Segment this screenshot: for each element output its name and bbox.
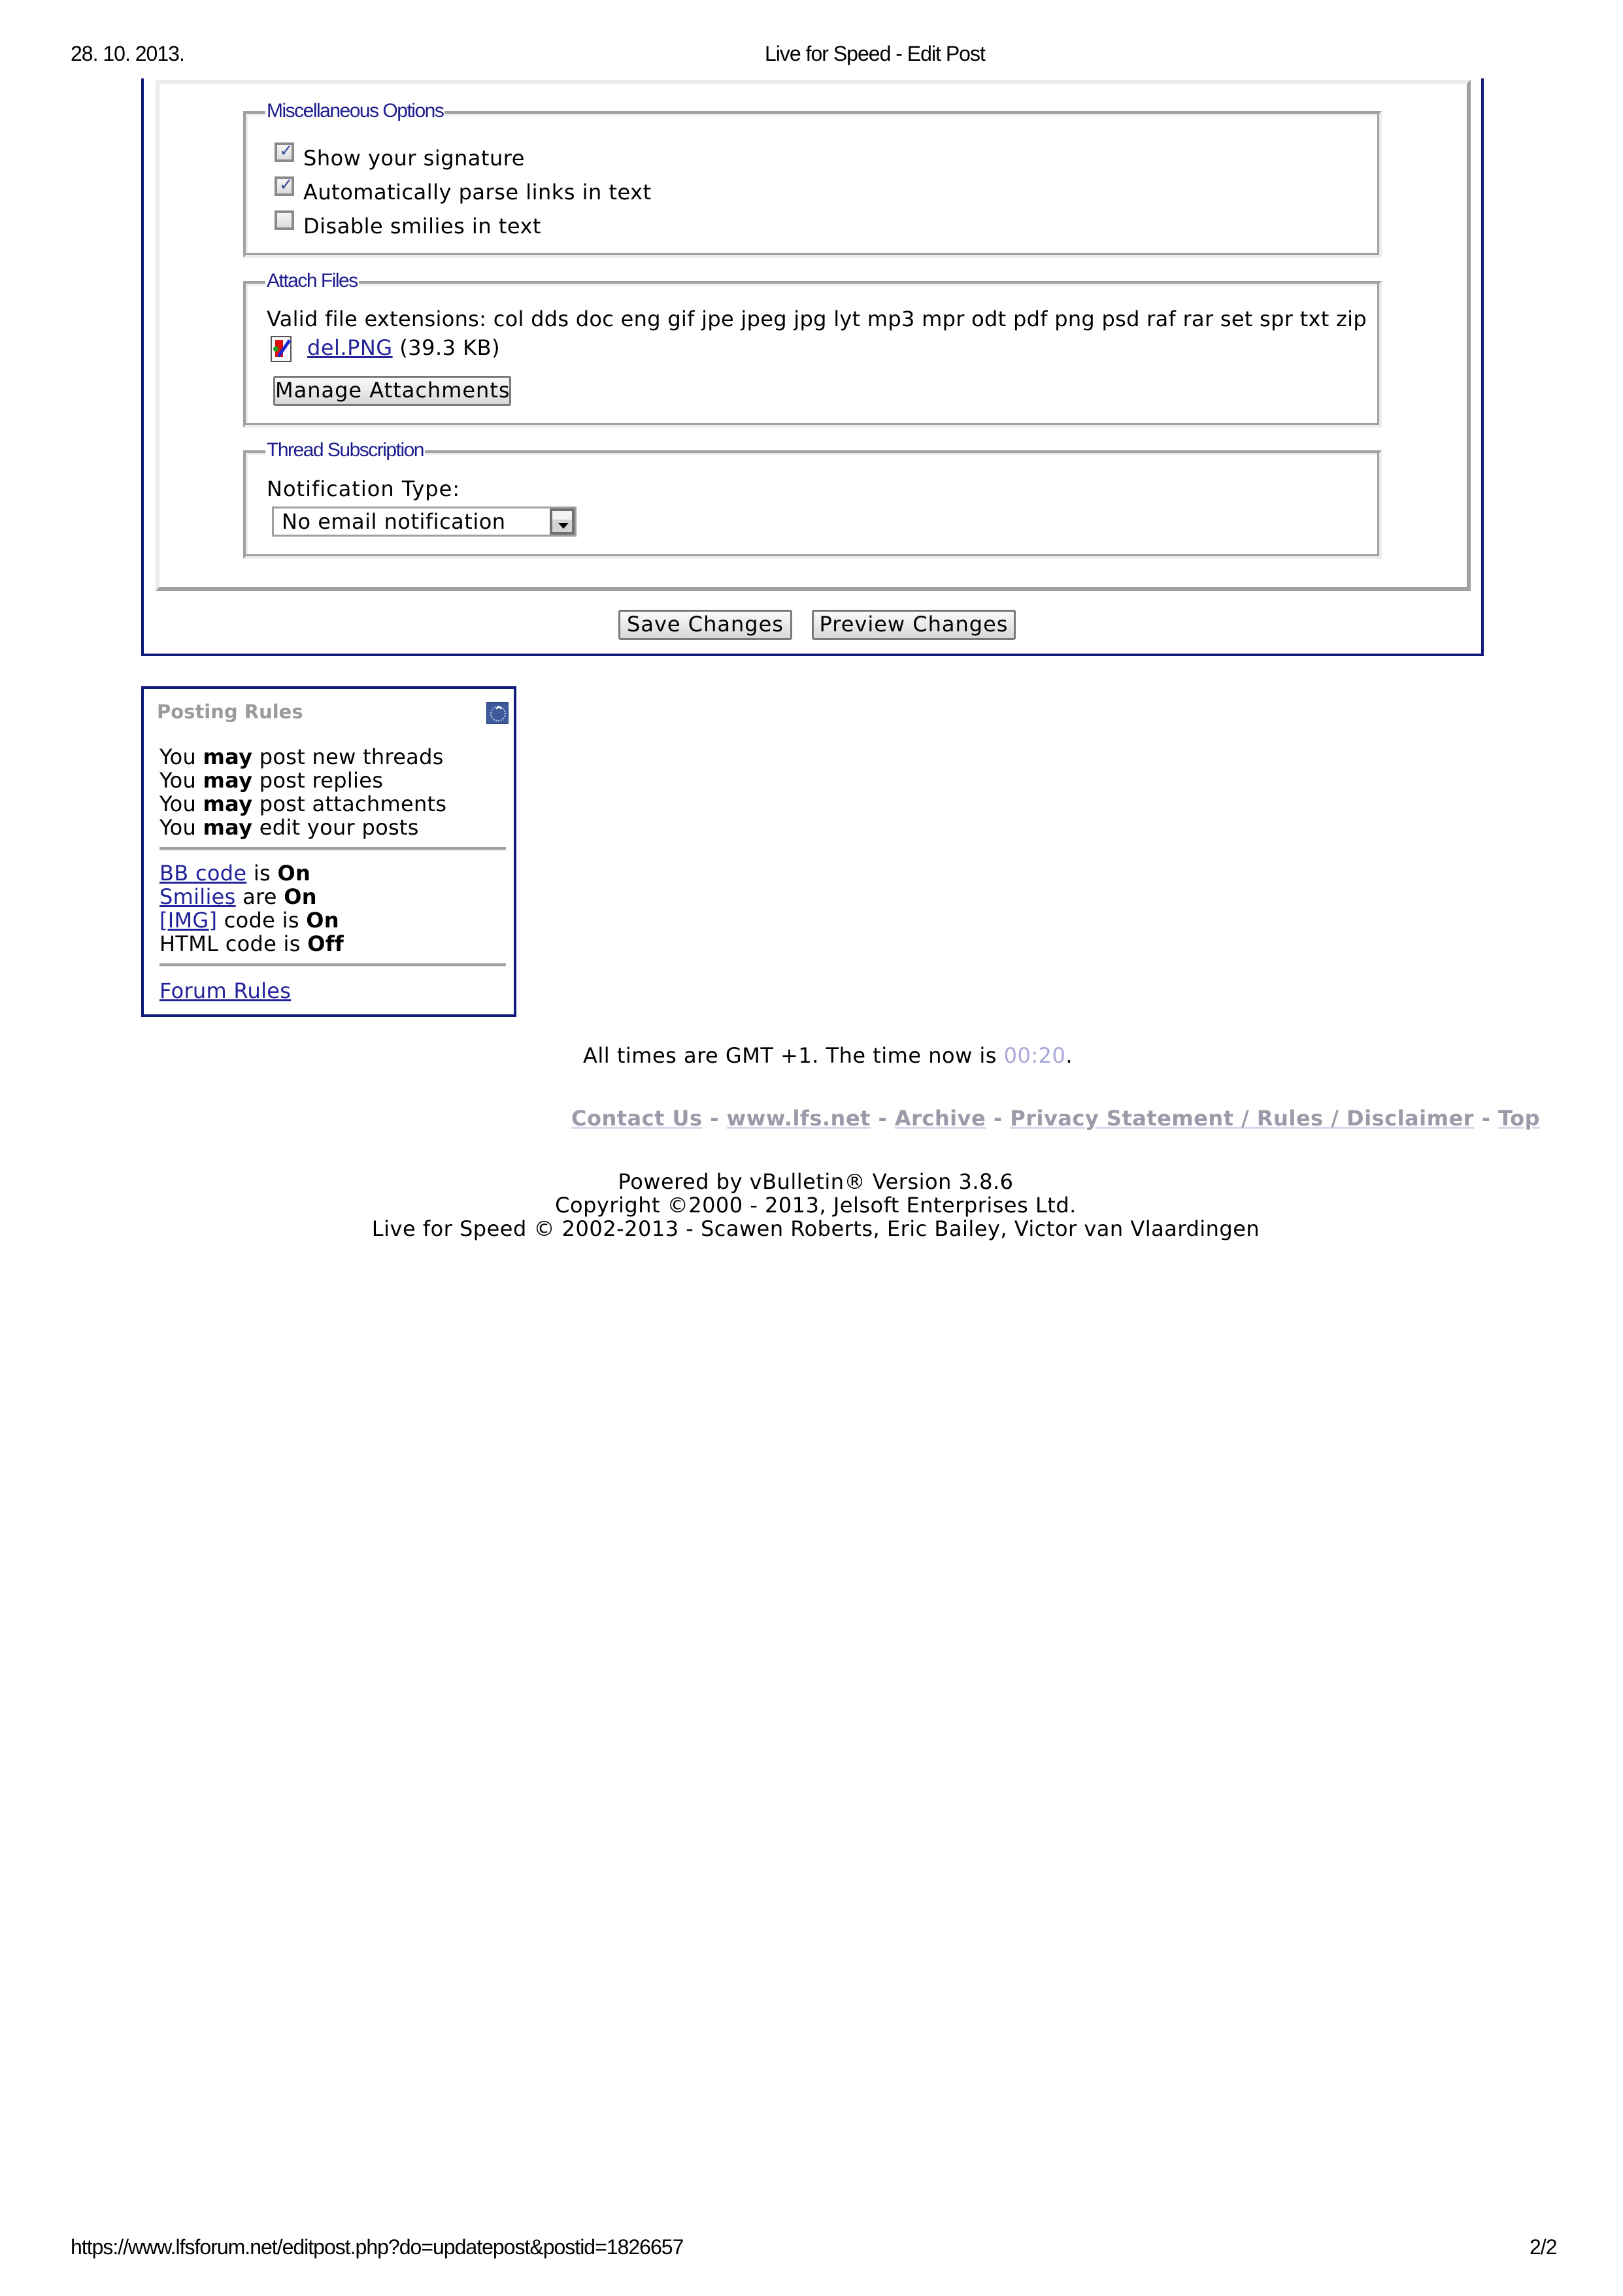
html-code-status: HTML code is Off [159,932,344,956]
print-title: Live for Speed - Edit Post [765,42,985,66]
thread-subscription-fieldset: Thread Subscription [243,450,1382,559]
attachment-item: del.PNG (39.3 KB) [307,335,500,361]
checkmark-icon: ✓ [279,175,293,195]
notification-type-label: Notification Type: [267,476,460,502]
show-signature-checkbox[interactable]: ✓ [275,142,294,162]
print-url: https://www.lfsforum.net/editpost.php?do… [71,2235,683,2259]
notification-type-value: No email notification [282,509,506,534]
current-time: 00:20 [1004,1043,1066,1068]
attachment-size: (39.3 KB) [399,335,500,360]
manage-attachments-button[interactable]: Manage Attachments [273,376,511,406]
timezone-info: All times are GMT +1. The time now is 00… [583,1043,1073,1068]
notification-type-select[interactable]: No email notification [272,507,577,537]
show-signature-label[interactable]: Show your signature [303,145,525,171]
privacy-rules-link[interactable]: Privacy Statement / Rules / Disclaimer [1010,1106,1474,1131]
parse-links-checkbox[interactable]: ✓ [275,176,294,196]
permission-line: You may edit your posts [159,816,419,839]
footer-links: Contact Us - www.lfs.net - Archive - Pri… [571,1106,1540,1131]
parse-links-label[interactable]: Automatically parse links in text [303,179,652,205]
image-file-icon [271,336,292,362]
permission-line: You may post attachments [159,792,446,816]
print-date: 28. 10. 2013. [71,42,184,66]
forum-rules-link[interactable]: Forum Rules [159,978,291,1003]
divider [159,847,506,851]
top-link[interactable]: Top [1498,1106,1540,1131]
misc-options-legend: Miscellaneous Options [265,99,444,123]
save-changes-button[interactable]: Save Changes [618,610,792,640]
archive-link[interactable]: Archive [895,1106,986,1131]
checkmark-icon: ✓ [279,141,293,161]
bbcode-link[interactable]: BB code [159,861,246,886]
smilies-link[interactable]: Smilies [159,884,236,909]
permission-line: You may post replies [159,769,383,792]
valid-extensions-text: Valid file extensions: col dds doc eng g… [267,306,1367,332]
permission-line: You may post new threads [159,745,444,769]
img-code-status: [IMG] code is On [159,908,339,932]
disable-smilies-label[interactable]: Disable smilies in text [303,213,541,239]
posting-rules-title: Posting Rules [157,701,303,723]
contact-us-link[interactable]: Contact Us [571,1106,703,1131]
lfs-net-link[interactable]: www.lfs.net [727,1106,871,1131]
posting-rules-box: Posting Rules You may post new threads Y… [141,686,516,1017]
copyright: Copyright ©2000 - 2013, Jelsoft Enterpri… [0,1193,1623,1217]
attach-files-legend: Attach Files [265,269,359,293]
print-page-number: 2/2 [1530,2235,1556,2259]
lfs-copyright: Live for Speed © 2002-2013 - Scawen Robe… [0,1217,1623,1240]
disable-smilies-checkbox[interactable] [275,210,294,230]
divider [159,963,506,967]
bbcode-status: BB code is On [159,861,310,885]
smilies-status: Smilies are On [159,885,317,908]
img-code-link[interactable]: [IMG] [159,908,217,933]
preview-changes-button[interactable]: Preview Changes [812,610,1016,640]
thread-subscription-legend: Thread Subscription [265,439,425,462]
collapse-icon[interactable] [486,702,509,724]
chevron-down-icon[interactable] [550,508,575,535]
attachment-link[interactable]: del.PNG [307,335,393,360]
powered-by: Powered by vBulletin® Version 3.8.6 [0,1170,1623,1193]
credits: Powered by vBulletin® Version 3.8.6 Copy… [0,1170,1623,1240]
